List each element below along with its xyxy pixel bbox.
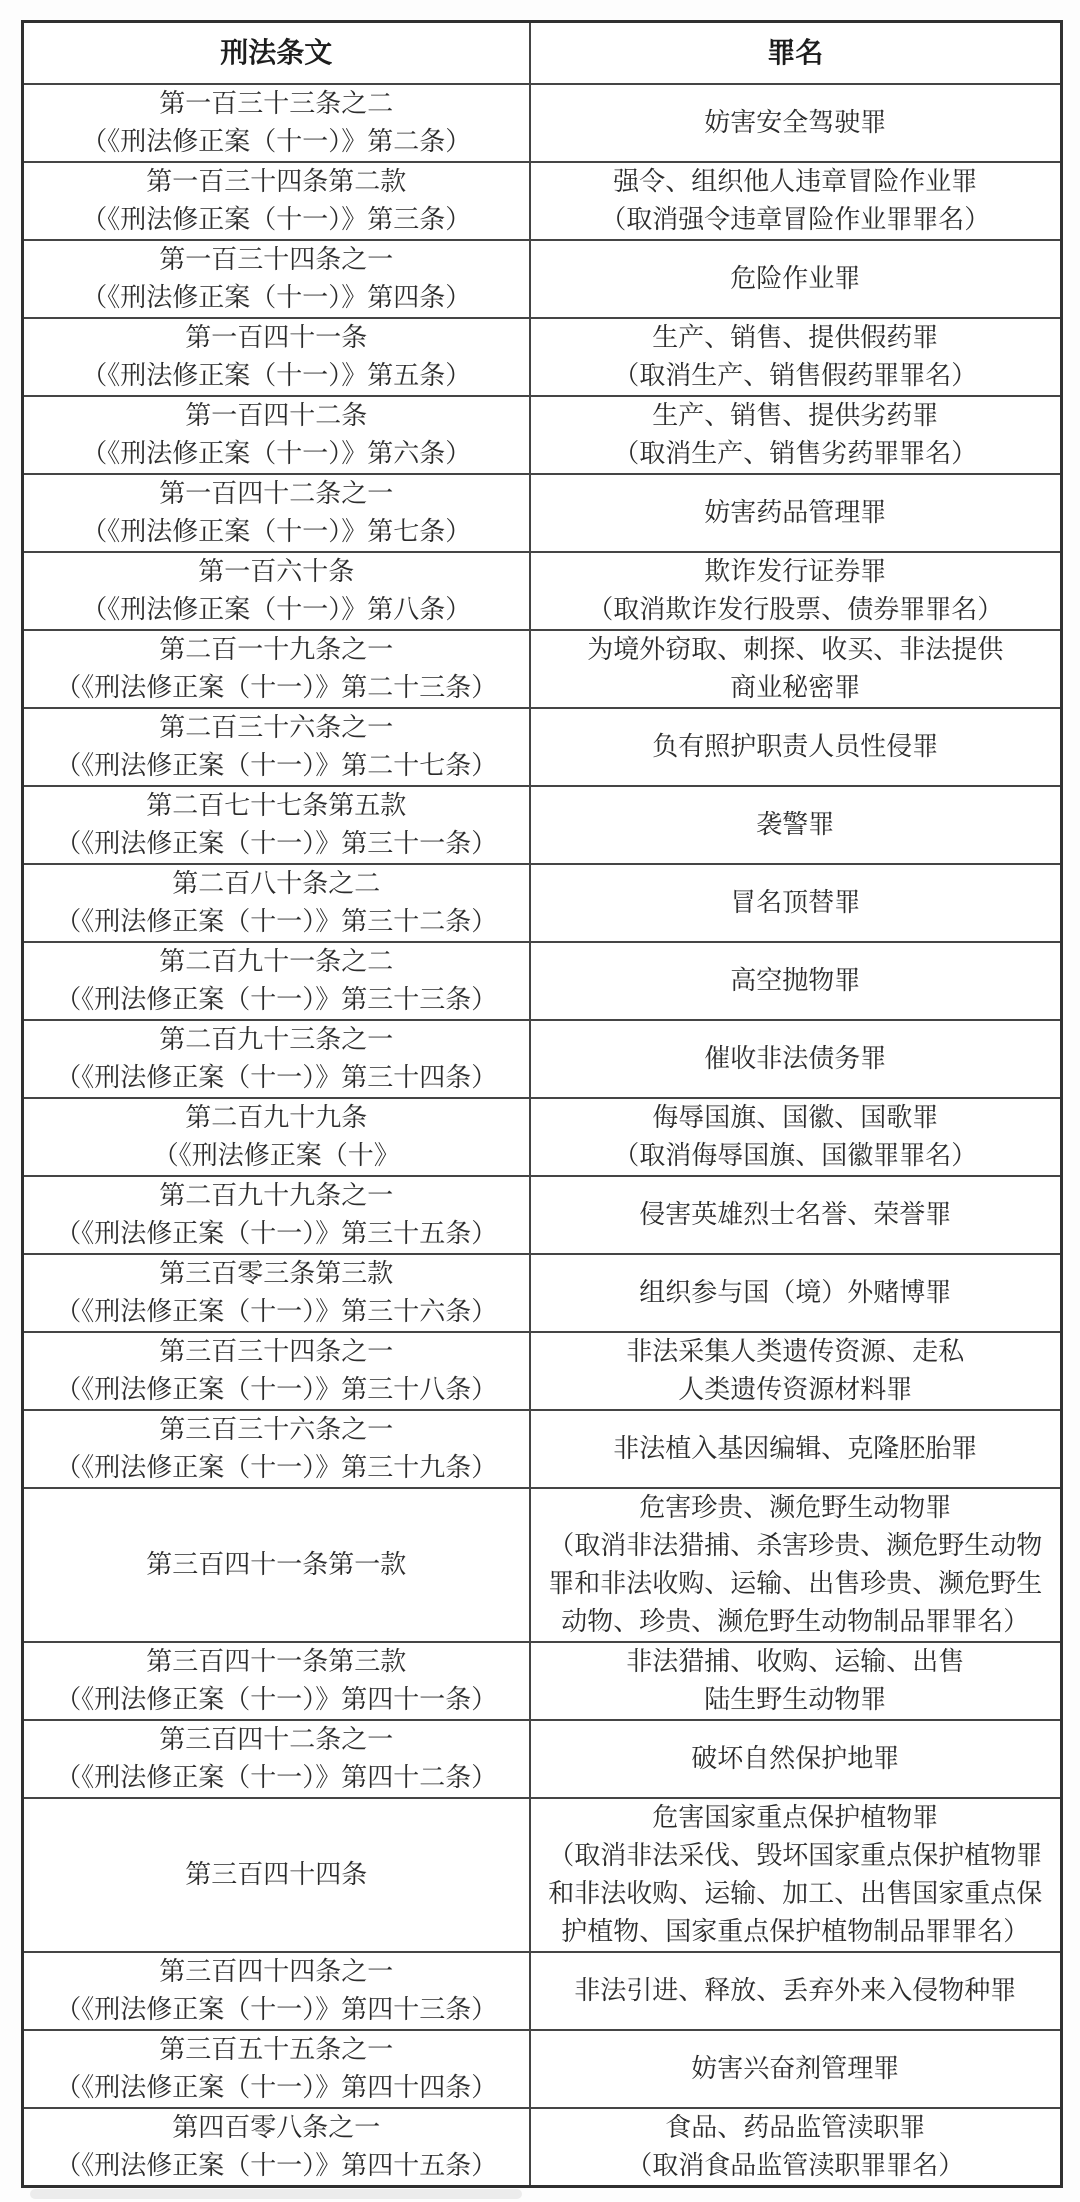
crime-cell: 危害国家重点保护植物罪 （取消非法采伐、毁坏国家重点保护植物罪和非法收购、运输、… (530, 1798, 1062, 1952)
table-row: 第二百九十九条 （《刑法修正案（十》侮辱国旗、国徽、国歌罪 （取消侮辱国旗、国徽… (23, 1098, 1062, 1176)
article-cell: 第一百三十四条第二款 （《刑法修正案（十一）》第三条） (23, 162, 530, 240)
crime-cell: 催收非法债务罪 (530, 1020, 1062, 1098)
table-row: 第三百四十四条危害国家重点保护植物罪 （取消非法采伐、毁坏国家重点保护植物罪和非… (23, 1798, 1062, 1952)
article-cell: 第一百六十条 （《刑法修正案（十一）》第八条） (23, 552, 530, 630)
article-cell: 第一百四十一条 （《刑法修正案（十一）》第五条） (23, 318, 530, 396)
table-row: 第三百五十五条之一 （《刑法修正案（十一）》第四十四条）妨害兴奋剂管理罪 (23, 2030, 1062, 2108)
table-row: 第二百一十九条之一 （《刑法修正案（十一）》第二十三条）为境外窃取、刺探、收买、… (23, 630, 1062, 708)
article-cell: 第三百四十一条第三款 （《刑法修正案（十一）》第四十一条） (23, 1642, 530, 1720)
article-cell: 第三百四十二条之一 （《刑法修正案（十一）》第四十二条） (23, 1720, 530, 1798)
crime-cell: 危险作业罪 (530, 240, 1062, 318)
crime-cell: 为境外窃取、刺探、收买、非法提供 商业秘密罪 (530, 630, 1062, 708)
article-cell: 第三百四十一条第一款 (23, 1488, 530, 1642)
table-row: 第三百零三条第三款 （《刑法修正案（十一）》第三十六条）组织参与国（境）外赌博罪 (23, 1254, 1062, 1332)
table-row: 第二百九十一条之二 （《刑法修正案（十一）》第三十三条）高空抛物罪 (23, 942, 1062, 1020)
article-cell: 第一百四十二条 （《刑法修正案（十一）》第六条） (23, 396, 530, 474)
article-cell: 第三百三十六条之一 （《刑法修正案（十一）》第三十九条） (23, 1410, 530, 1488)
crime-cell: 欺诈发行证券罪 （取消欺诈发行股票、债券罪罪名） (530, 552, 1062, 630)
article-cell: 第三百零三条第三款 （《刑法修正案（十一）》第三十六条） (23, 1254, 530, 1332)
table-row: 第二百九十三条之一 （《刑法修正案（十一）》第三十四条）催收非法债务罪 (23, 1020, 1062, 1098)
crime-cell: 生产、销售、提供假药罪 （取消生产、销售假药罪罪名） (530, 318, 1062, 396)
table-row: 第一百三十四条之一 （《刑法修正案（十一）》第四条）危险作业罪 (23, 240, 1062, 318)
article-cell: 第三百三十四条之一 （《刑法修正案（十一）》第三十八条） (23, 1332, 530, 1410)
crime-cell: 负有照护职责人员性侵罪 (530, 708, 1062, 786)
table-row: 第三百四十一条第三款 （《刑法修正案（十一）》第四十一条）非法猎捕、收购、运输、… (23, 1642, 1062, 1720)
table-row: 第三百四十二条之一 （《刑法修正案（十一）》第四十二条）破坏自然保护地罪 (23, 1720, 1062, 1798)
crime-cell: 非法引进、释放、丢弃外来入侵物种罪 (530, 1952, 1062, 2030)
crime-cell: 侵害英雄烈士名誉、荣誉罪 (530, 1176, 1062, 1254)
crime-cell: 非法采集人类遗传资源、走私 人类遗传资源材料罪 (530, 1332, 1062, 1410)
article-cell: 第二百三十六条之一 （《刑法修正案（十一）》第二十七条） (23, 708, 530, 786)
crime-cell: 侮辱国旗、国徽、国歌罪 （取消侮辱国旗、国徽罪罪名） (530, 1098, 1062, 1176)
crime-cell: 妨害安全驾驶罪 (530, 84, 1062, 162)
article-cell: 第二百八十条之二 （《刑法修正案（十一）》第三十二条） (23, 864, 530, 942)
table-row: 第一百六十条 （《刑法修正案（十一）》第八条）欺诈发行证券罪 （取消欺诈发行股票… (23, 552, 1062, 630)
article-cell: 第三百四十四条 (23, 1798, 530, 1952)
article-cell: 第二百九十三条之一 （《刑法修正案（十一）》第三十四条） (23, 1020, 530, 1098)
table-row: 第一百三十三条之二 （《刑法修正案（十一）》第二条）妨害安全驾驶罪 (23, 84, 1062, 162)
article-cell: 第二百七十七条第五款 （《刑法修正案（十一）》第三十一条） (23, 786, 530, 864)
footer-bar-artifact (30, 2189, 522, 2199)
crime-cell: 生产、销售、提供劣药罪 （取消生产、销售劣药罪罪名） (530, 396, 1062, 474)
article-cell: 第二百九十一条之二 （《刑法修正案（十一）》第三十三条） (23, 942, 530, 1020)
crime-cell: 非法猎捕、收购、运输、出售 陆生野生动物罪 (530, 1642, 1062, 1720)
table-row: 第一百四十二条之一 （《刑法修正案（十一）》第七条）妨害药品管理罪 (23, 474, 1062, 552)
article-cell: 第三百四十四条之一 （《刑法修正案（十一）》第四十三条） (23, 1952, 530, 2030)
article-cell: 第一百三十四条之一 （《刑法修正案（十一）》第四条） (23, 240, 530, 318)
crime-cell: 袭警罪 (530, 786, 1062, 864)
article-cell: 第二百九十九条 （《刑法修正案（十》 (23, 1098, 530, 1176)
table-row: 第一百四十一条 （《刑法修正案（十一）》第五条）生产、销售、提供假药罪 （取消生… (23, 318, 1062, 396)
table-row: 第三百四十一条第一款危害珍贵、濒危野生动物罪 （取消非法猎捕、杀害珍贵、濒危野生… (23, 1488, 1062, 1642)
article-cell: 第一百三十三条之二 （《刑法修正案（十一）》第二条） (23, 84, 530, 162)
crime-cell: 强令、组织他人违章冒险作业罪 （取消强令违章冒险作业罪罪名） (530, 162, 1062, 240)
crime-cell: 冒名顶替罪 (530, 864, 1062, 942)
crime-cell: 危害珍贵、濒危野生动物罪 （取消非法猎捕、杀害珍贵、濒危野生动物罪和非法收购、运… (530, 1488, 1062, 1642)
table-row: 第一百三十四条第二款 （《刑法修正案（十一）》第三条）强令、组织他人违章冒险作业… (23, 162, 1062, 240)
table-row: 第四百零八条之一 （《刑法修正案（十一）》第四十五条）食品、药品监管渎职罪 （取… (23, 2108, 1062, 2187)
table-row: 第三百三十六条之一 （《刑法修正案（十一）》第三十九条）非法植入基因编辑、克隆胚… (23, 1410, 1062, 1488)
table-row: 第二百七十七条第五款 （《刑法修正案（十一）》第三十一条）袭警罪 (23, 786, 1062, 864)
criminal-law-table: 刑法条文 罪名 第一百三十三条之二 （《刑法修正案（十一）》第二条）妨害安全驾驶… (21, 20, 1063, 2188)
column-header-article: 刑法条文 (23, 22, 530, 85)
crime-cell: 非法植入基因编辑、克隆胚胎罪 (530, 1410, 1062, 1488)
column-header-crime: 罪名 (530, 22, 1062, 85)
article-cell: 第三百五十五条之一 （《刑法修正案（十一）》第四十四条） (23, 2030, 530, 2108)
table-row: 第三百三十四条之一 （《刑法修正案（十一）》第三十八条）非法采集人类遗传资源、走… (23, 1332, 1062, 1410)
crime-cell: 破坏自然保护地罪 (530, 1720, 1062, 1798)
table-row: 第二百三十六条之一 （《刑法修正案（十一）》第二十七条）负有照护职责人员性侵罪 (23, 708, 1062, 786)
table-row: 第二百九十九条之一 （《刑法修正案（十一）》第三十五条）侵害英雄烈士名誉、荣誉罪 (23, 1176, 1062, 1254)
table-row: 第二百八十条之二 （《刑法修正案（十一）》第三十二条）冒名顶替罪 (23, 864, 1062, 942)
article-cell: 第一百四十二条之一 （《刑法修正案（十一）》第七条） (23, 474, 530, 552)
table-row: 第三百四十四条之一 （《刑法修正案（十一）》第四十三条）非法引进、释放、丢弃外来… (23, 1952, 1062, 2030)
article-cell: 第四百零八条之一 （《刑法修正案（十一）》第四十五条） (23, 2108, 530, 2187)
crime-cell: 高空抛物罪 (530, 942, 1062, 1020)
article-cell: 第二百一十九条之一 （《刑法修正案（十一）》第二十三条） (23, 630, 530, 708)
crime-cell: 妨害药品管理罪 (530, 474, 1062, 552)
table-row: 第一百四十二条 （《刑法修正案（十一）》第六条）生产、销售、提供劣药罪 （取消生… (23, 396, 1062, 474)
crime-cell: 食品、药品监管渎职罪 （取消食品监管渎职罪罪名） (530, 2108, 1062, 2187)
crime-cell: 组织参与国（境）外赌博罪 (530, 1254, 1062, 1332)
header-row: 刑法条文 罪名 (23, 22, 1062, 85)
crime-cell: 妨害兴奋剂管理罪 (530, 2030, 1062, 2108)
article-cell: 第二百九十九条之一 （《刑法修正案（十一）》第三十五条） (23, 1176, 530, 1254)
